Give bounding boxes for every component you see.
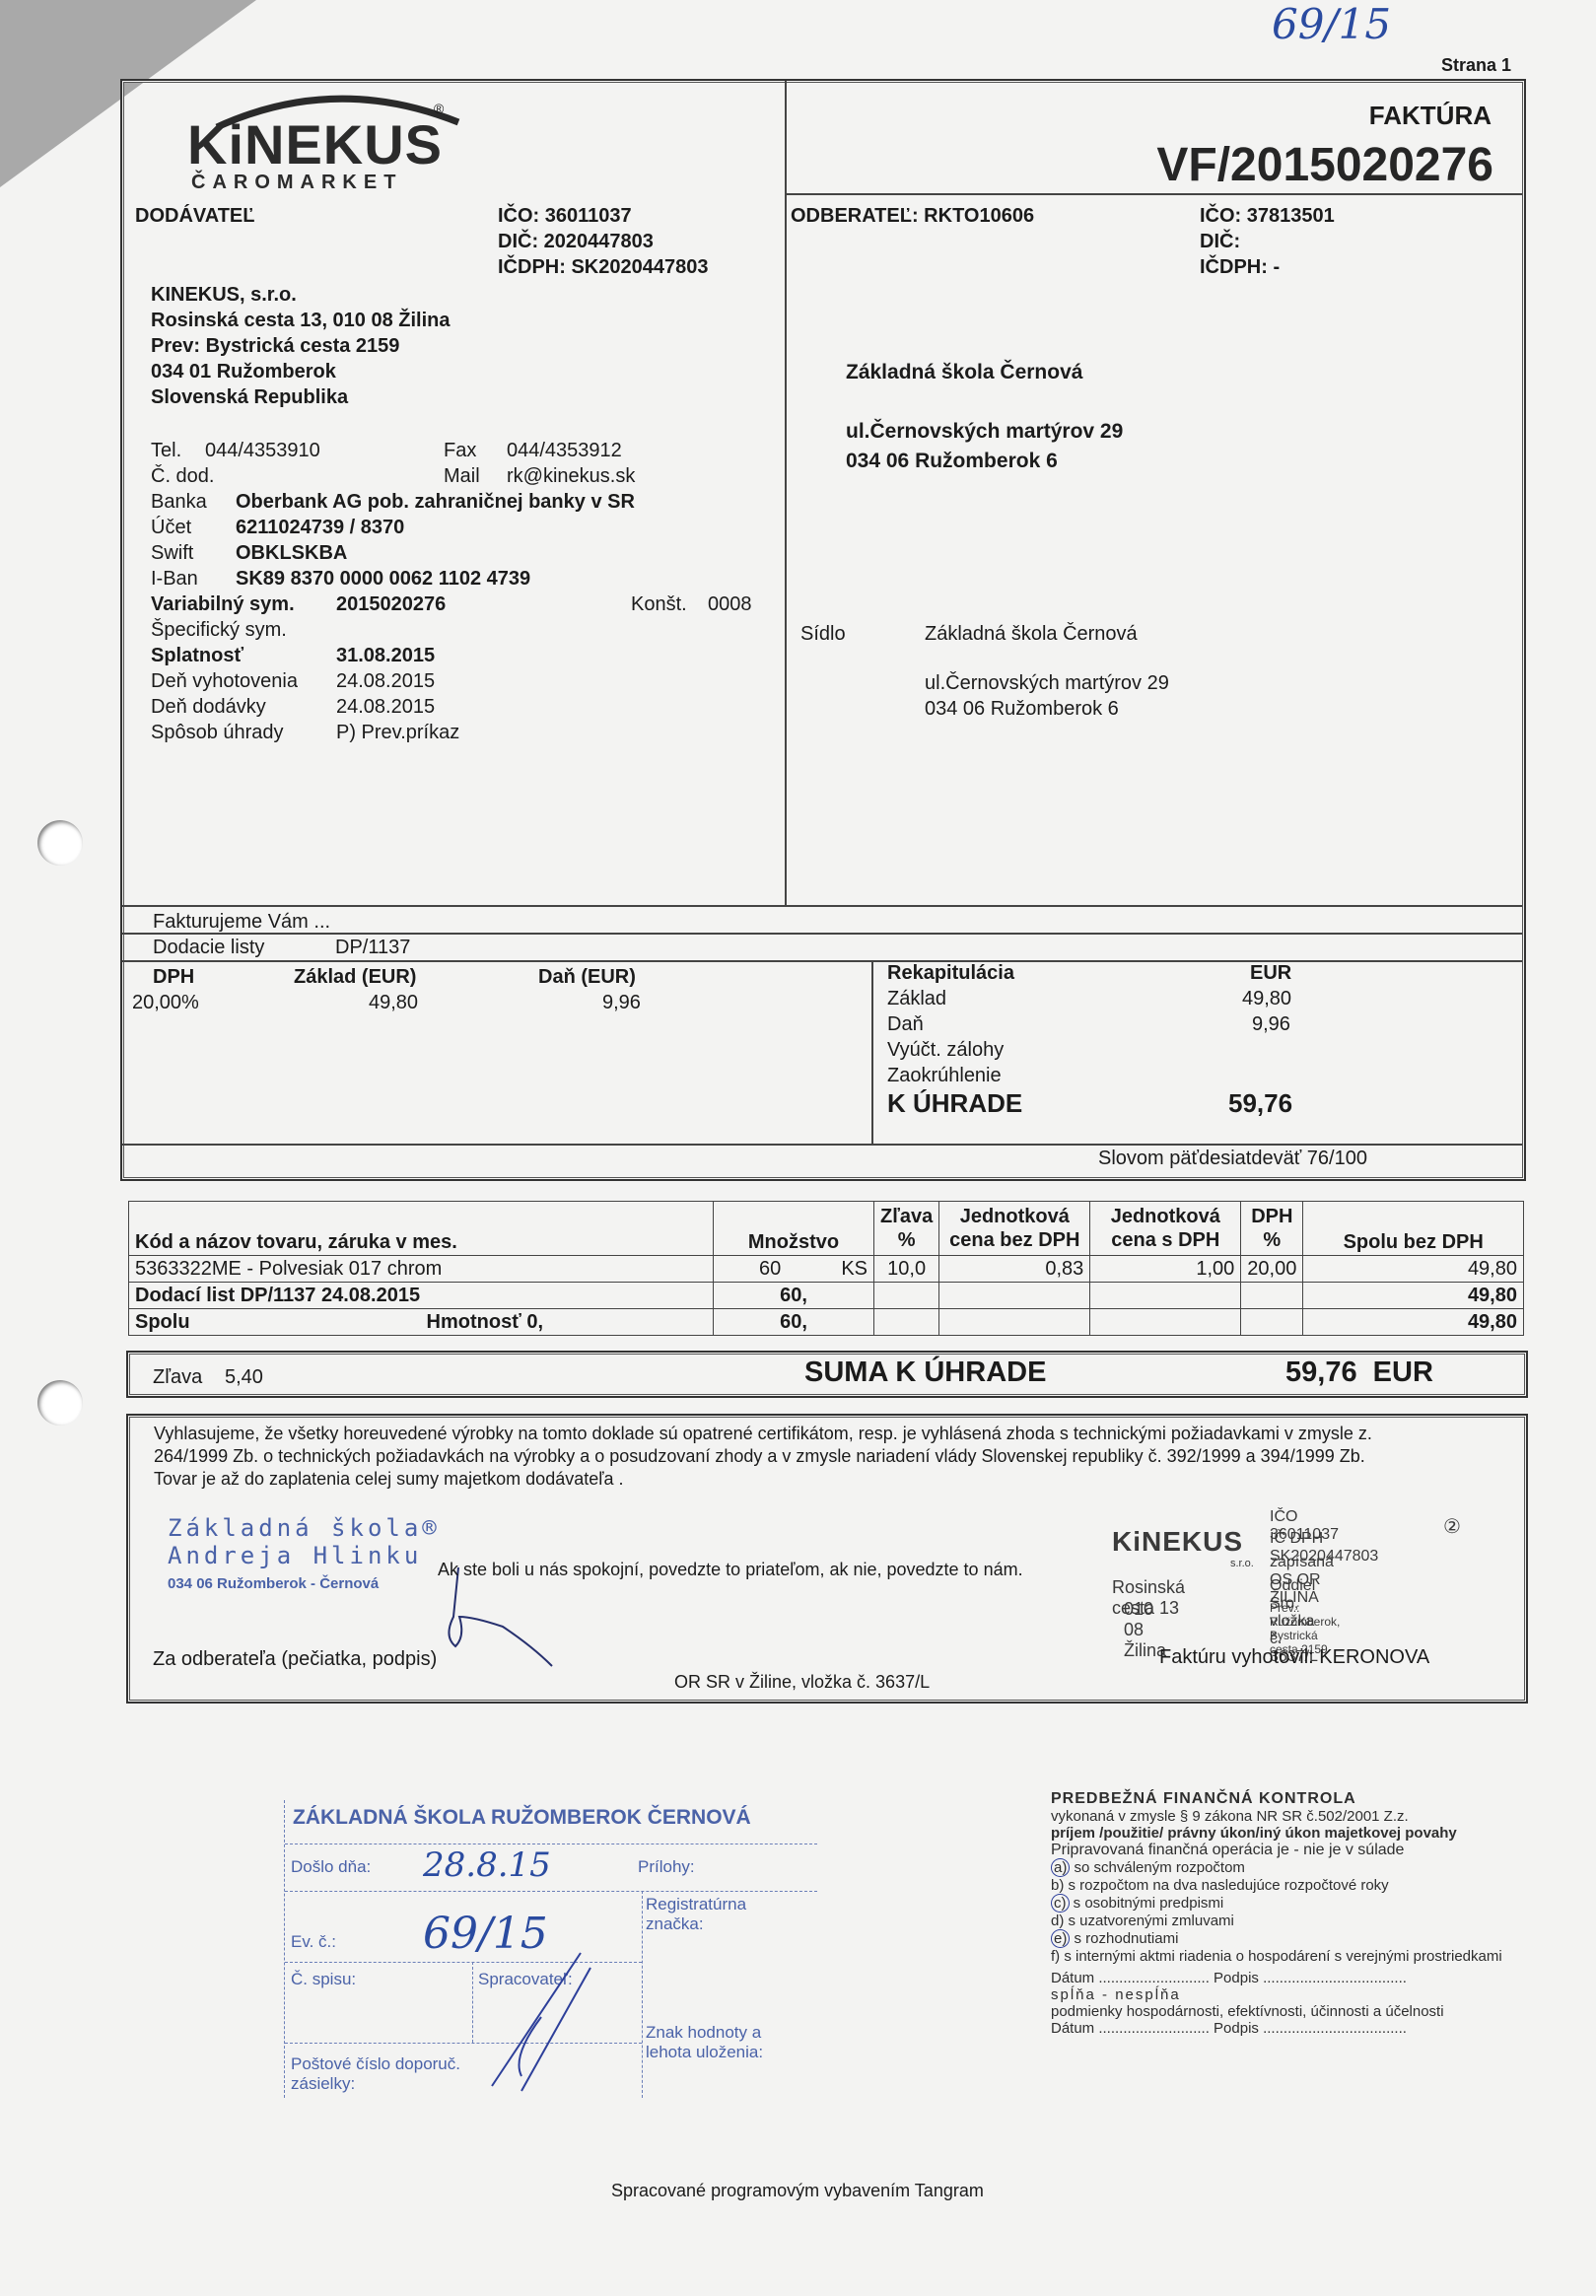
financial-option: b) s rozpočtom na dva nasledujúce rozpoč…: [1051, 1877, 1502, 1895]
cdod-label: Č. dod.: [151, 465, 214, 488]
recap-rounding-label: Zaokrúhlenie: [887, 1065, 1002, 1087]
customer-icdph: IČDPH: -: [1200, 256, 1280, 279]
supplier-ico: IČO: 36011037: [498, 205, 632, 228]
seat-label: Sídlo: [800, 623, 846, 646]
due-value: 31.08.2015: [336, 645, 435, 667]
item-discount: 10,0: [874, 1256, 939, 1283]
financial-option: a) so schváleným rozpočtom: [1051, 1859, 1502, 1877]
vs-label: Variabilný sym.: [151, 593, 295, 616]
item-vat: 20,00: [1241, 1256, 1303, 1283]
recap-total-label: K ÚHRADE: [887, 1088, 1022, 1119]
discount-value: 5,40: [225, 1366, 263, 1389]
issued-label: Deň vyhotovenia: [151, 670, 298, 693]
vat-tax: 9,96: [602, 992, 641, 1014]
recap-advance-label: Vyúčt. zálohy: [887, 1039, 1004, 1062]
note-total: 49,80: [1303, 1283, 1524, 1309]
declaration-text: 264/1999 Zb. o technických požiadavkách …: [154, 1446, 1365, 1467]
declaration-text: Tovar je až do zaplatenia celej sumy maj…: [154, 1469, 624, 1490]
item-price-vat: 1,00: [1090, 1256, 1241, 1283]
supplier-name: KINEKUS, s.r.o.: [151, 284, 297, 307]
handwritten-number: 69/15: [1272, 0, 1391, 48]
issued-value: 24.08.2015: [336, 670, 435, 693]
swift-label: Swift: [151, 542, 193, 565]
tel-label: Tel.: [151, 440, 181, 462]
page-label: Strana 1: [1441, 55, 1511, 76]
financial-option: c) s osobitnými predpismi: [1051, 1895, 1502, 1913]
supplier-heading: DODÁVATEĽ: [135, 205, 254, 228]
header-qty: Množstvo: [714, 1202, 874, 1256]
delivery-notes-label: Dodacie listy: [153, 937, 264, 959]
table-row: 5363322ME - Polvesiak 017 chrom 60KS 10,…: [129, 1256, 1524, 1283]
registry-info: OR SR v Žiline, vložka č. 3637/L: [674, 1672, 930, 1693]
sum-total: 49,80: [1303, 1309, 1524, 1336]
bank-value: Oberbank AG pob. zahraničnej banky v SR: [236, 491, 635, 514]
customer-dic: DIČ:: [1200, 231, 1240, 253]
delivery-notes-value: DP/1137: [335, 937, 410, 959]
note-qty: 60,: [714, 1283, 874, 1309]
payment-label: Spôsob úhrady: [151, 722, 284, 744]
item-total: 49,80: [1303, 1256, 1524, 1283]
sum-qty: 60,: [714, 1309, 874, 1336]
konst-value: 0008: [708, 593, 752, 616]
swift-value: OBKLSKBA: [236, 542, 347, 565]
iban-label: I-Ban: [151, 568, 198, 591]
customer-name: Základná škola Černová: [846, 361, 1082, 384]
invoice-intro: Fakturujeme Vám ...: [153, 911, 330, 934]
processor-signature-icon: [482, 1948, 600, 2096]
customer-city: 034 06 Ružomberok 6: [846, 450, 1058, 473]
delivery-value: 24.08.2015: [336, 696, 435, 719]
supplier-address: Prev: Bystrická cesta 2159: [151, 335, 399, 358]
customer-ico: IČO: 37813501: [1200, 205, 1335, 228]
financial-control-options: a) so schváleným rozpočtomb) s rozpočtom…: [1051, 1859, 1502, 1966]
financial-option: f) s internými aktmi riadenia o hospodár…: [1051, 1948, 1502, 1966]
recap-base-label: Základ: [887, 988, 946, 1010]
item-qty: 60KS: [714, 1256, 874, 1283]
supplier-icdph: IČDPH: SK2020447803: [498, 256, 708, 279]
header-total: Spolu bez DPH: [1303, 1202, 1524, 1256]
fax-value: 044/4353912: [507, 440, 622, 462]
total-due-value: 59,76 EUR: [1285, 1357, 1433, 1389]
header-unit-price: Jednotkovácena bez DPH: [939, 1202, 1090, 1256]
invoice-number: VF/2015020276: [1156, 138, 1493, 192]
vat-rate: 20,00%: [132, 992, 199, 1014]
issued-by: Faktúru vyhotovil: KERONOVA: [1159, 1646, 1429, 1669]
document-type: FAKTÚRA: [1369, 101, 1492, 131]
financial-option: e) s rozhodnutiami: [1051, 1930, 1502, 1948]
seat-name: Základná škola Černová: [925, 623, 1138, 646]
fax-label: Fax: [444, 440, 476, 462]
ss-label: Špecifický sym.: [151, 619, 287, 642]
supplier-address: 034 01 Ružomberok: [151, 361, 336, 383]
sum-name: SpoluHmotnosť 0,: [129, 1309, 714, 1336]
recap-total: 59,76: [1228, 1088, 1292, 1119]
payment-value: P) Prev.príkaz: [336, 722, 459, 744]
delivery-note-row: Dodací list DP/1137 24.08.2015 60, 49,80: [129, 1283, 1524, 1309]
header-name: Kód a názov tovaru, záruka v mes.: [129, 1202, 714, 1256]
bank-label: Banka: [151, 491, 207, 514]
vat-base: 49,80: [369, 992, 418, 1014]
supplier-country: Slovenská Republika: [151, 386, 348, 409]
customer-street: ul.Černovských martýrov 29: [846, 420, 1123, 444]
financial-option: d) s uzatvorenými zmluvami: [1051, 1913, 1502, 1930]
header-unit-price-vat: Jednotkovácena s DPH: [1090, 1202, 1241, 1256]
header-discount: Zľava%: [874, 1202, 939, 1256]
note-name: Dodací list DP/1137 24.08.2015: [129, 1283, 714, 1309]
recap-currency: EUR: [1250, 962, 1291, 985]
konst-label: Konšt.: [631, 593, 687, 616]
seat-city: 034 06 Ružomberok 6: [925, 698, 1119, 721]
recap-tax-label: Daň: [887, 1013, 924, 1036]
tel-value: 044/4353910: [205, 440, 320, 462]
header-vat: DPH%: [1241, 1202, 1303, 1256]
recap-base: 49,80: [1242, 988, 1291, 1010]
vat-header: DPH: [153, 966, 194, 989]
account-label: Účet: [151, 517, 191, 539]
iban-value: SK89 8370 0000 0062 1102 4739: [236, 568, 530, 591]
recap-title: Rekapitulácia: [887, 962, 1014, 985]
item-name: 5363322ME - Polvesiak 017 chrom: [129, 1256, 714, 1283]
supplier-address: Rosinská cesta 13, 010 08 Žilina: [151, 310, 451, 332]
account-value: 6211024739 / 8370: [236, 517, 404, 539]
customer-stamp: Základná škola® Andreja Hlinku 034 06 Ru…: [168, 1514, 441, 1592]
seat-street: ul.Černovských martýrov 29: [925, 672, 1169, 695]
vat-header: Základ (EUR): [294, 966, 416, 989]
recap-tax: 9,96: [1252, 1013, 1290, 1036]
mail-label: Mail: [444, 465, 480, 488]
email-link[interactable]: rk@kinekus.sk: [507, 465, 635, 488]
declaration-text: Vyhlasujeme, že všetky horeuvedené výrob…: [154, 1424, 1372, 1444]
punch-hole: [37, 820, 83, 866]
customer-heading: ODBERATEĽ: RKTO10606: [791, 205, 1034, 228]
items-table: Kód a názov tovaru, záruka v mes. Množst…: [128, 1201, 1524, 1336]
item-price: 0,83: [939, 1256, 1090, 1283]
vat-header: Daň (EUR): [538, 966, 636, 989]
delivery-label: Deň dodávky: [151, 696, 266, 719]
due-label: Splatnosť: [151, 645, 243, 667]
discount-label: Zľava: [153, 1366, 202, 1389]
items-header-row: Kód a názov tovaru, záruka v mes. Množst…: [129, 1202, 1524, 1256]
supplier-dic: DIČ: 2020447803: [498, 231, 654, 253]
vs-value: 2015020276: [336, 593, 446, 616]
footer-text: Spracované programovým vybavením Tangram: [611, 2181, 984, 2201]
punch-hole: [37, 1380, 83, 1426]
total-due-label: SUMA K ÚHRADE: [804, 1357, 1046, 1389]
customer-signature-label: Za odberateľa (pečiatka, podpis): [153, 1648, 437, 1671]
financial-control-stamp: PREDBEŽNÁ FINANČNÁ KONTROLA vykonaná v z…: [1051, 1790, 1502, 2037]
amount-in-words: Slovom päťdesiatdeväť 76/100: [1098, 1148, 1367, 1170]
sum-row: SpoluHmotnosť 0, 60, 49,80: [129, 1309, 1524, 1336]
slogan: Ak ste boli u nás spokojní, povedzte to …: [438, 1560, 1023, 1580]
registry-stamp: ZÁKLADNÁ ŠKOLA RUŽOMBEROK ČERNOVÁ Došlo …: [284, 1800, 817, 2098]
